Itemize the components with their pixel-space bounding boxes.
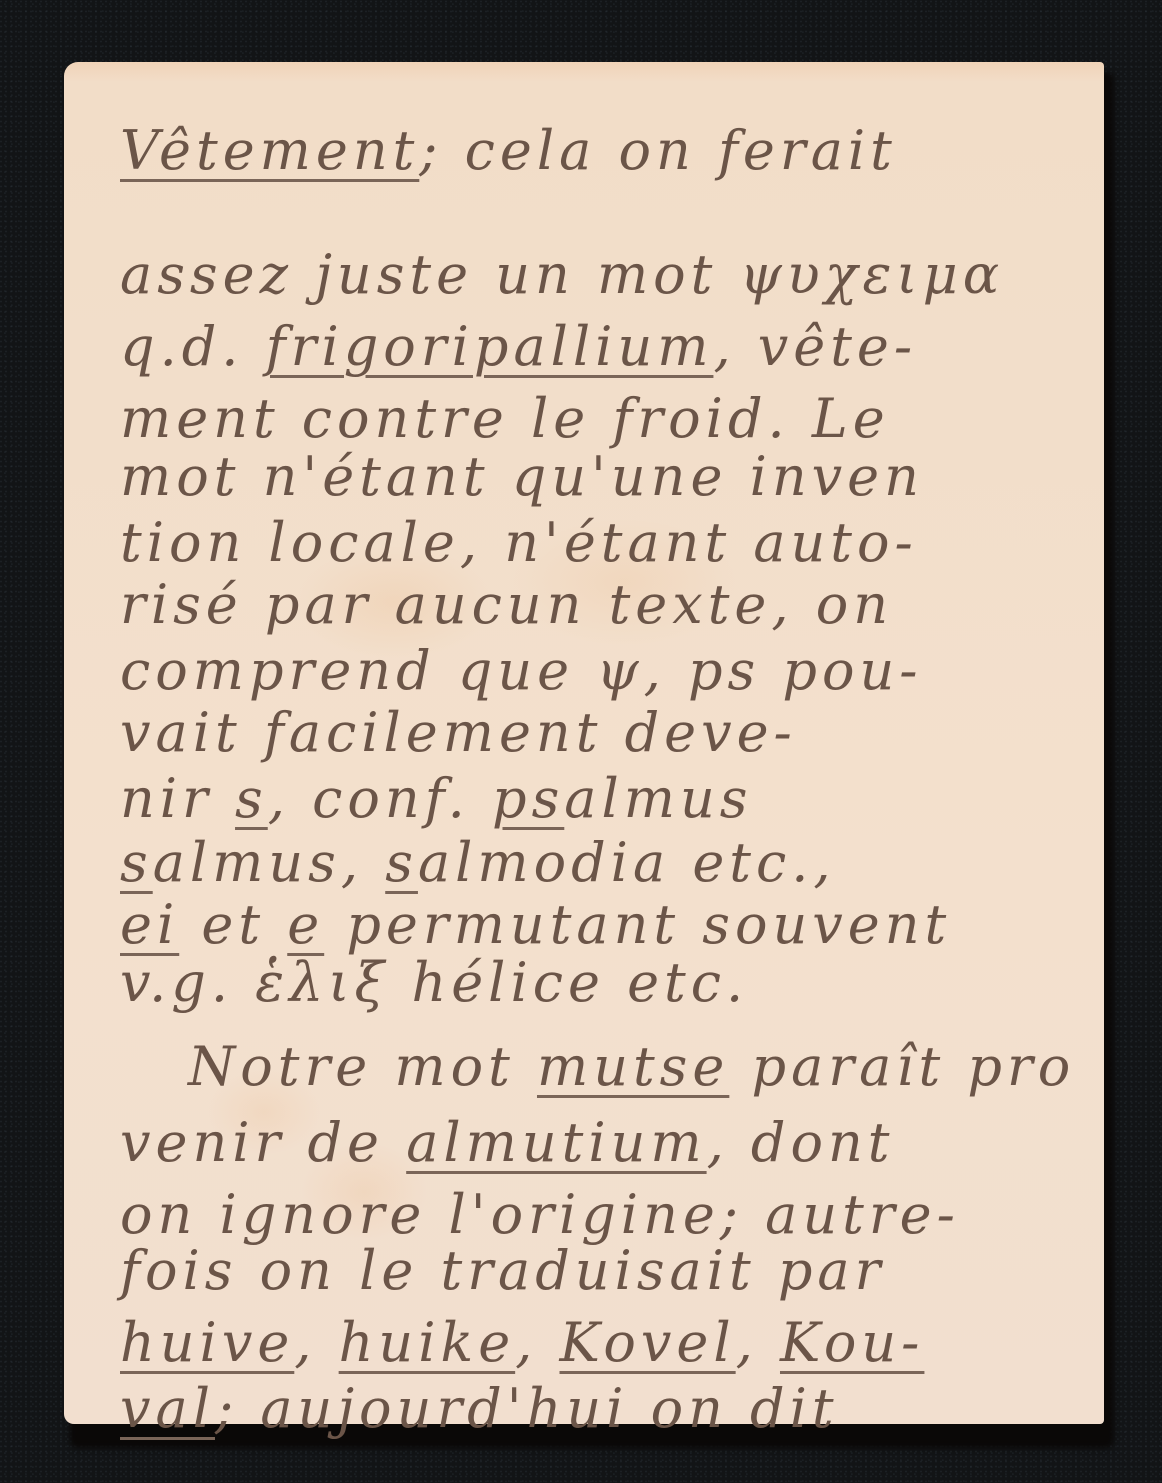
text-segment: on ignore l'origine; autre- [120,1183,960,1246]
text-segment: v.g. ἑλιξ hélice etc. [120,951,748,1014]
text-segment: ment contre le froid. Le [120,387,890,450]
text-line-8: comprend que ψ, ps pou- [120,644,923,698]
text-line-7: risé par aucun texte, on [120,578,893,632]
text-segment: q.d. [120,315,266,378]
text-line-16: on ignore l'origine; autre- [120,1188,960,1242]
underlined-letter: ei [120,893,179,956]
underlined-letter: s [385,831,418,894]
text-line-5: mot n'étant qu'une inven [120,450,924,504]
manuscript-page: Vêtement; cela on ferait assez juste un … [64,62,1104,1424]
text-line-2: assez juste un mot ψυχειμα [120,248,1004,302]
text-segment: venir de [120,1111,406,1174]
underlined-letter: ps [492,767,564,830]
underlined-word: Kou- [780,1311,924,1374]
text-segment: , conf. [268,767,492,830]
text-segment: , [515,1311,559,1374]
text-segment: ; cela on ferait [419,119,897,182]
text-line-14: Notre mot mutse paraît pro [188,1040,1075,1094]
underlined-word: mutse [537,1035,729,1098]
text-segment: fois on le traduisait par [120,1239,885,1302]
underlined-letter: s [120,831,153,894]
text-segment: vait facilement deve- [120,701,797,764]
text-segment: , dont [707,1111,895,1174]
text-segment: et [179,893,287,956]
text-line-13: v.g. ἑλιξ hélice etc. [120,956,748,1010]
text-segment: nir [120,767,235,830]
text-segment: mot n'étant qu'une inven [120,445,924,508]
text-segment: tion locale, n'étant auto- [120,511,918,574]
underlined-word: huive [120,1311,294,1374]
text-line-10: nir s, conf. psalmus [120,772,752,826]
text-segment: , [736,1311,780,1374]
underlined-letter: s [235,767,268,830]
text-segment: ; aujourd'hui on dit [215,1377,839,1440]
underlined-word: frigoripallium [266,315,714,378]
text-line-19: val; aujourd'hui on dit [120,1382,839,1436]
text-line-9: vait facilement deve- [120,706,797,760]
underlined-letter: e [287,893,324,956]
underlined-word: Vêtement [120,119,419,182]
text-segment: almus [564,767,752,830]
text-segment: assez juste un mot ψυχειμα [120,243,1004,306]
text-line-17: fois on le traduisait par [120,1244,885,1298]
text-segment: permutant souvent [324,893,951,956]
text-segment: , [294,1311,338,1374]
underlined-word: val [120,1377,215,1440]
text-line-1: Vêtement; cela on ferait [120,124,897,178]
underlined-word: huike [339,1311,516,1374]
text-segment: paraît pro [729,1035,1075,1098]
text-line-4: ment contre le froid. Le [120,392,890,446]
text-line-15: venir de almutium, dont [120,1116,894,1170]
text-segment: almus, [153,831,386,894]
text-segment: , vête- [713,315,917,378]
underlined-word: almutium [406,1111,706,1174]
text-segment: almodia etc., [418,831,836,894]
text-line-6: tion locale, n'étant auto- [120,516,918,570]
text-segment: comprend que ψ, ps pou- [120,639,923,702]
text-segment: Notre mot [188,1035,537,1098]
text-line-11: salmus, salmodia etc., [120,836,836,890]
underlined-word: Kovel [560,1311,736,1374]
text-line-12: ei et e permutant souvent [120,898,951,952]
text-segment: risé par aucun texte, on [120,573,893,636]
text-line-3: q.d. frigoripallium, vête- [120,320,917,374]
text-line-18: huive, huike, Kovel, Kou- [120,1316,924,1370]
